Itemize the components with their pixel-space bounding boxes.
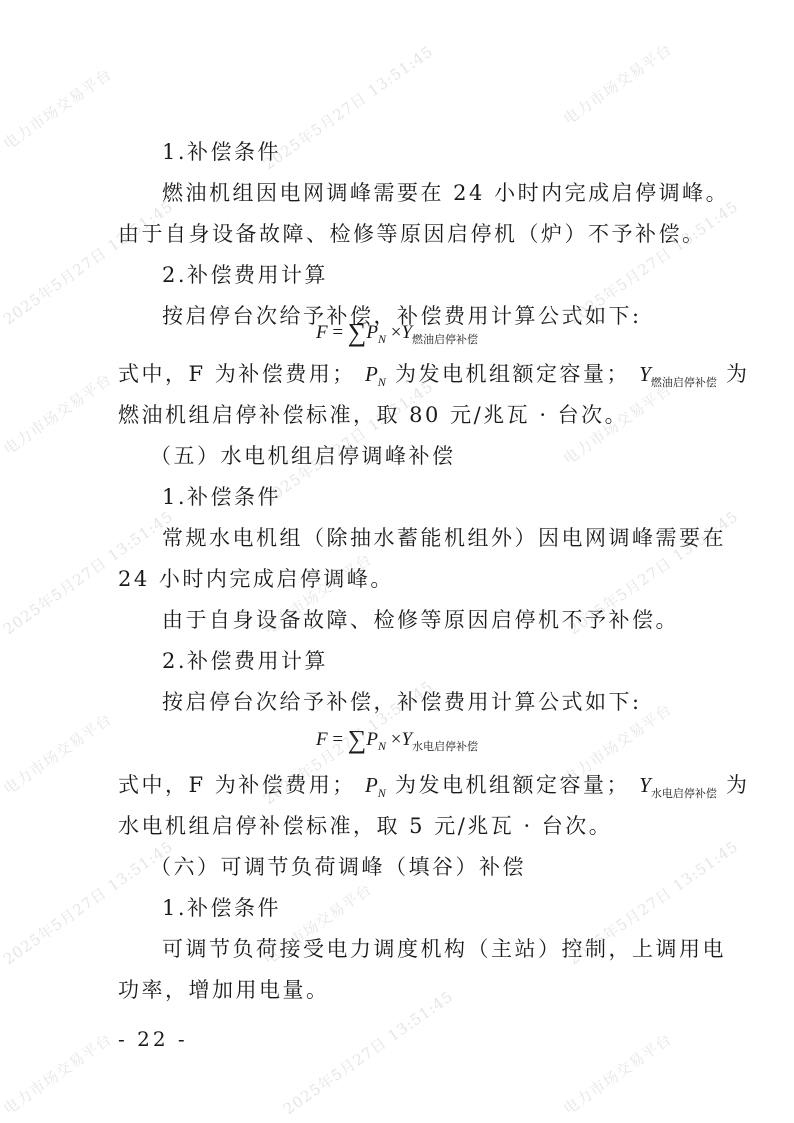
- subheading-fee-calculation: 2.补偿费用计算: [162, 260, 722, 290]
- paragraph-line: 燃油机组因电网调峰需要在 24 小时内完成启停调峰。: [162, 178, 722, 208]
- paragraph-line: 水电机组启停补偿标准，取 5 元/兆瓦 · 台次。: [118, 811, 678, 841]
- sigma-symbol: ∑: [348, 318, 367, 347]
- paragraph-line: 常规水电机组（除抽水蓄能机组外）因电网调峰需要在: [162, 523, 722, 553]
- watermark-platform: 电力市场交易平台: [0, 1028, 116, 1119]
- watermark-timestamp: 2025年5月27日 13:51:45: [279, 985, 457, 1119]
- subheading-fee-calculation: 2.补偿费用计算: [162, 646, 722, 676]
- watermark-platform: 电力市场交易平台: [0, 63, 116, 154]
- section-heading-adjustable-load: （六）可调节负荷调峰（填谷）补偿: [150, 852, 710, 882]
- subheading-compensation-conditions: 1.补偿条件: [162, 137, 722, 167]
- paragraph-line: 由于自身设备故障、检修等原因启停机不予补偿。: [162, 605, 722, 635]
- paragraph-line: 按启停台次给予补偿，补偿费用计算公式如下:: [162, 687, 722, 717]
- page-number: - 22 -: [118, 1027, 188, 1051]
- formula-definition-line: 式中，F 为补偿费用； PN 为发电机组额定容量； Y水电启停补偿 为: [118, 770, 678, 809]
- subheading-compensation-conditions: 1.补偿条件: [162, 482, 722, 512]
- watermark-timestamp: 2025年5月27日 13:51:45: [0, 195, 177, 329]
- formula-definition-line: 式中，F 为补偿费用； PN 为发电机组额定容量； Y燃油启停补偿 为: [118, 359, 678, 398]
- paragraph-line: 由于自身设备故障、检修等原因启停机（炉）不予补偿。: [118, 219, 678, 249]
- watermark-platform: 电力市场交易平台: [559, 38, 676, 129]
- paragraph-line: 可调节负荷接受电力调度机构（主站）控制，上调用电: [162, 934, 722, 964]
- paragraph-line: 燃油机组启停补偿标准，取 80 元/兆瓦 · 台次。: [118, 400, 678, 430]
- document-page: 1.补偿条件 燃油机组因电网调峰需要在 24 小时内完成启停调峰。 由于自身设备…: [0, 0, 794, 1123]
- paragraph-line: 24 小时内完成启停调峰。: [118, 564, 678, 594]
- paragraph-line: 功率，增加用电量。: [118, 975, 678, 1005]
- sigma-symbol: ∑: [348, 725, 367, 754]
- section-heading-hydro: （五）水电机组启停调峰补偿: [150, 441, 710, 471]
- watermark-platform: 电力市场交易平台: [0, 368, 116, 459]
- watermark-platform: 电力市场交易平台: [559, 1028, 676, 1119]
- formula-oil-startstop: F = ∑PN ×Y燃油启停补偿: [0, 318, 794, 355]
- subheading-compensation-conditions: 1.补偿条件: [162, 893, 722, 923]
- formula-hydro-startstop: F = ∑PN ×Y水电启停补偿: [0, 725, 794, 762]
